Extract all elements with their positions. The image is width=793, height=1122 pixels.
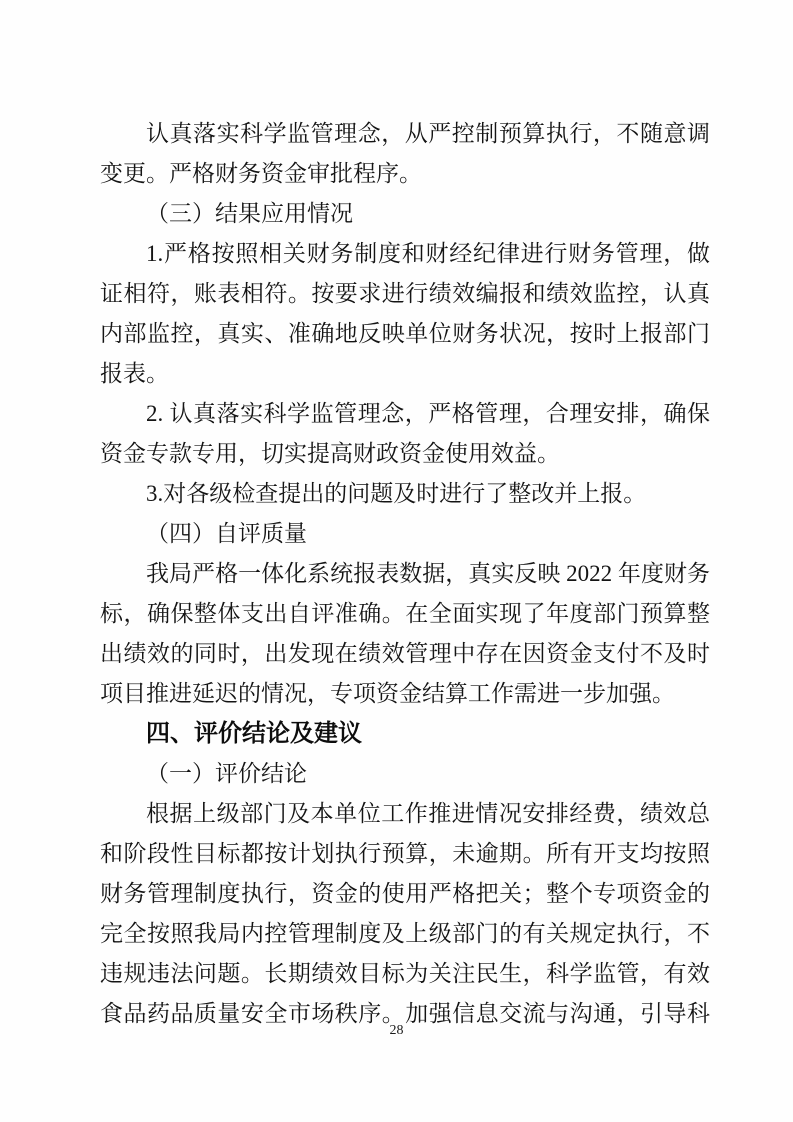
body-text-line: 2. 认真落实科学监管理念，严格管理，合理安排，确保财政: [100, 394, 710, 434]
body-text-line: 违规违法问题。长期绩效目标为关注民生，科学监管，有效规范: [100, 954, 710, 994]
body-text-line: 财务管理制度执行，资金的使用严格把关；整个专项资金的运行: [100, 874, 710, 914]
body-text-line: （四）自评质量: [100, 514, 710, 554]
document-page: 认真落实科学监管理念，从严控制预算执行，不随意调整和变更。严格财务资金审批程序。…: [0, 0, 793, 1122]
body-text-line: 项目推进延迟的情况，专项资金结算工作需进一步加强。: [100, 674, 710, 714]
body-text-line: 报表。: [100, 354, 710, 394]
body-text-line: 内部监控，真实、准确地反映单位财务状况，按时上报部门绩效: [100, 314, 710, 354]
body-text-line: 标，确保整体支出自评准确。在全面实现了年度部门预算整体支: [100, 594, 710, 634]
body-text-line: 根据上级部门及本单位工作推进情况安排经费，绩效总目标: [100, 794, 710, 834]
body-text-line: 完全按照我局内控管理制度及上级部门的有关规定执行，不存在: [100, 914, 710, 954]
body-text-line: （一）评价结论: [100, 754, 710, 794]
body-text-line: （三）结果应用情况: [100, 194, 710, 234]
body-text-line: 证相符，账表相符。按要求进行绩效编报和绩效监控，认真做好: [100, 274, 710, 314]
body-text-line: 出绩效的同时，出发现在绩效管理中存在因资金支付不及时导致: [100, 634, 710, 674]
body-text-line: 变更。严格财务资金审批程序。: [100, 154, 710, 194]
page-number: 28: [0, 1022, 793, 1040]
body-text-line: 1.严格按照相关财务制度和财经纪律进行财务管理，做到账: [100, 234, 710, 274]
body-text-line: 资金专款专用，切实提高财政资金使用效益。: [100, 434, 710, 474]
body-text-line: 我局严格一体化系统报表数据，真实反映 2022 年度财务指: [100, 554, 710, 594]
section-heading-line: 四、评价结论及建议: [100, 714, 710, 754]
body-text-line: 和阶段性目标都按计划执行预算，未逾期。所有开支均按照我局: [100, 834, 710, 874]
body-text-line: 3.对各级检查提出的问题及时进行了整改并上报。: [100, 474, 710, 514]
document-text-block: 认真落实科学监管理念，从严控制预算执行，不随意调整和变更。严格财务资金审批程序。…: [100, 114, 710, 1034]
body-text-line: 认真落实科学监管理念，从严控制预算执行，不随意调整和: [100, 114, 710, 154]
